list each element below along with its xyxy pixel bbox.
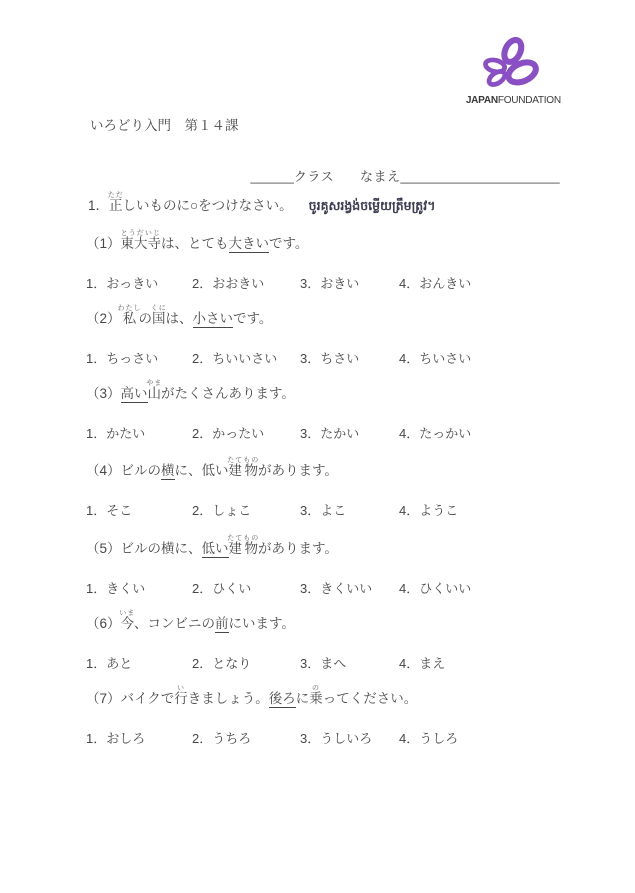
question-number: （3） — [86, 386, 121, 401]
choice-option: 4．まえ — [399, 653, 566, 672]
instruction-line: 1．正ただしいものに○をつけなさい。ចូរគូសរង្វង់ចម្លើយត្រឹ… — [88, 192, 435, 215]
name-label: なまえ — [360, 169, 401, 184]
kanji-with-furigana: 建物たてもの — [229, 541, 259, 556]
choices-row: 1．おしろ2．うちろ3．うしいろ4．うしろ — [86, 728, 566, 747]
worksheet-page: JAPANFOUNDATION いろどり入門 第１４課 ______クラスなまえ… — [0, 0, 635, 893]
text-segment: があります。 — [258, 463, 338, 478]
text-segment: 、コンビニの — [134, 616, 215, 631]
question-number: （6） — [86, 616, 121, 631]
logo-brand-light: FOUNDATION — [498, 94, 561, 106]
name-blank: ______________________ — [400, 169, 559, 184]
kanji-with-furigana: 行い — [174, 691, 188, 706]
underlined-word: 低い — [202, 541, 229, 558]
kanji-with-furigana: 東大寺とうだいじ — [121, 236, 162, 251]
choice-option: 2．かったい — [192, 423, 300, 442]
question-block: （4）ビルの横に、低い建物たてものがあります。1．そこ2．しょこ3．よこ4．よう… — [86, 457, 566, 519]
question-block: （6）今いま、コンビニの前にいます。1．あと2．となり3．まへ4．まえ — [86, 610, 566, 672]
text-segment: ビルの — [121, 541, 162, 556]
question-block: （1）東大寺とうだいじは、とても大きいです。1．おっきい2．おおきい3．おきい4… — [86, 230, 566, 292]
kanji-with-furigana: 正ただ — [109, 198, 123, 213]
text-segment: 低い — [202, 463, 229, 478]
choice-option: 2．おおきい — [192, 273, 300, 292]
question-block: （2）私わたしの国くには、小さいです。1．ちっさい2．ちいいさい3．ちさい4．ち… — [86, 305, 566, 367]
choice-option: 2．うちろ — [192, 728, 300, 747]
question-number: （2） — [86, 311, 121, 326]
text-segment: バイクで — [121, 691, 175, 706]
japan-foundation-logo: JAPANFOUNDATION — [464, 36, 556, 106]
choice-option: 1．ちっさい — [86, 348, 192, 367]
kanji-with-furigana: 私わたし — [121, 311, 139, 326]
question-sentence: （2）私わたしの国くには、小さいです。 — [86, 305, 566, 327]
choices-row: 1．きくい2．ひくい3．きくいい4．ひくいい — [86, 578, 566, 597]
question-block: （5）ビルの横に、低い建物たてものがあります。1．きくい2．ひくい3．きくいい4… — [86, 535, 566, 597]
question-number: （4） — [86, 463, 121, 478]
choices-row: 1．あと2．となり3．まへ4．まえ — [86, 653, 566, 672]
choice-option: 4．おんきい — [399, 273, 566, 292]
choice-option: 2．ひくい — [192, 578, 300, 597]
butterfly-flower-icon — [477, 36, 543, 92]
kanji-with-furigana: 乗の — [309, 691, 323, 706]
text-segment: があります。 — [258, 541, 338, 556]
question-block: （3）高い山やまがたくさんあります。1．かたい2．かったい3．たかい4．たっかい — [86, 380, 566, 442]
text-segment: にいます。 — [229, 616, 295, 631]
choice-option: 3．うしいろ — [300, 728, 399, 747]
text-segment: は、とても — [161, 236, 229, 251]
question-sentence: （5）ビルの横に、低い建物たてものがあります。 — [86, 535, 566, 557]
instruction-text: 正ただしいものに○をつけなさい。 — [109, 198, 293, 213]
choice-option: 3．おきい — [300, 273, 399, 292]
text-segment: の — [139, 311, 153, 326]
underlined-word: 高い — [121, 386, 148, 403]
text-segment: がたくさんあります。 — [161, 386, 295, 401]
choice-option: 3．たかい — [300, 423, 399, 442]
question-sentence: （1）東大寺とうだいじは、とても大きいです。 — [86, 230, 566, 252]
page-title: いろどり入門 第１４課 — [90, 114, 239, 134]
text-segment: ってください。 — [323, 691, 418, 706]
text-segment: ビルの — [121, 463, 162, 478]
class-blank: ______ — [250, 169, 293, 184]
choices-row: 1．かたい2．かったい3．たかい4．たっかい — [86, 423, 566, 442]
kanji-with-furigana: 国くに — [152, 311, 166, 326]
choice-option: 4．うしろ — [399, 728, 566, 747]
text-segment: です。 — [233, 311, 272, 326]
text-segment: 横 — [161, 541, 175, 556]
choice-option: 4．ひくいい — [399, 578, 566, 597]
choice-option: 3．よこ — [300, 500, 399, 519]
choice-option: 3．ちさい — [300, 348, 399, 367]
text-segment: は、 — [166, 311, 193, 326]
choice-option: 4．たっかい — [399, 423, 566, 442]
text-segment: に — [296, 691, 310, 706]
choice-option: 1．おっきい — [86, 273, 192, 292]
choice-option: 1．きくい — [86, 578, 192, 597]
choice-option: 1．おしろ — [86, 728, 192, 747]
underlined-word: 横 — [161, 463, 175, 480]
choice-option: 2．ちいいさい — [192, 348, 300, 367]
choice-option: 1．あと — [86, 653, 192, 672]
choice-option: 2．しょこ — [192, 500, 300, 519]
question-sentence: （6）今いま、コンビニの前にいます。 — [86, 610, 566, 632]
instruction-khmer: ចូរគូសរង្វង់ចម្លើយត្រឹមត្រូវ។ — [309, 199, 436, 213]
question-number: （7） — [86, 691, 121, 706]
logo-brand-bold: JAPAN — [466, 94, 498, 106]
question-number: （1） — [86, 236, 121, 251]
choices-row: 1．おっきい2．おおきい3．おきい4．おんきい — [86, 273, 566, 292]
text-segment: です。 — [269, 236, 308, 251]
choice-option: 3．まへ — [300, 653, 399, 672]
kanji-with-furigana: 建物たてもの — [229, 463, 259, 478]
choices-row: 1．そこ2．しょこ3．よこ4．ようこ — [86, 500, 566, 519]
text-segment: しいものに○をつけなさい。 — [123, 198, 293, 213]
choice-option: 1．かたい — [86, 423, 192, 442]
choice-option: 4．ようこ — [399, 500, 566, 519]
underlined-word: 大きい — [229, 236, 270, 253]
question-block: （7）バイクで行いきましょう。後ろに乗のってください。1．おしろ2．うちろ3．う… — [86, 685, 566, 747]
choice-option: 4．ちいさい — [399, 348, 566, 367]
logo-wordmark: JAPANFOUNDATION — [466, 94, 554, 106]
choice-option: 2．となり — [192, 653, 300, 672]
question-sentence: （4）ビルの横に、低い建物たてものがあります。 — [86, 457, 566, 479]
underlined-word: 小さい — [193, 311, 234, 328]
class-label: クラス — [294, 169, 334, 184]
text-segment: に、 — [175, 541, 202, 556]
question-sentence: （3）高い山やまがたくさんあります。 — [86, 380, 566, 402]
question-number: （5） — [86, 541, 121, 556]
kanji-with-furigana: 今いま — [121, 616, 135, 631]
underlined-word: 後ろ — [269, 691, 296, 708]
question-sentence: （7）バイクで行いきましょう。後ろに乗のってください。 — [86, 685, 566, 707]
choice-option: 3．きくいい — [300, 578, 399, 597]
text-segment: きましょう。 — [188, 691, 269, 706]
underlined-word: 前 — [215, 616, 229, 633]
instruction-number: 1． — [88, 198, 109, 213]
text-segment: に、 — [175, 463, 202, 478]
choice-option: 1．そこ — [86, 500, 192, 519]
kanji-with-furigana: 山やま — [148, 386, 162, 401]
choices-row: 1．ちっさい2．ちいいさい3．ちさい4．ちいさい — [86, 348, 566, 367]
